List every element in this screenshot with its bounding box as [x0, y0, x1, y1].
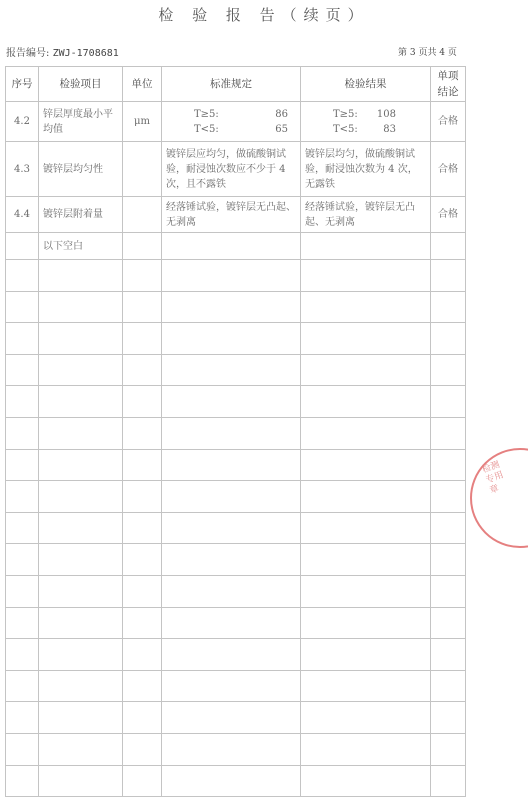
empty-cell [6, 670, 39, 702]
report-number-label: 报告编号: [6, 48, 49, 59]
empty-cell [123, 670, 162, 702]
result-value: 83 [383, 122, 396, 137]
empty-cell [6, 607, 39, 639]
table-row: 4.3 镀锌层均匀性 镀锌层应均匀，做硫酸铜试验，耐浸蚀次数应不少于 4 次，且… [6, 142, 466, 197]
header-conclusion: 单项 结论 [431, 67, 466, 102]
empty-cell [162, 386, 301, 418]
empty-cell [431, 354, 466, 386]
row-result: T≥5:108 T<5:83 [301, 102, 431, 142]
result-cond: T≥5: [333, 107, 358, 122]
empty-cell [162, 544, 301, 576]
empty-cell [123, 386, 162, 418]
row-conclusion: 合格 [431, 142, 466, 197]
empty-cell [431, 733, 466, 765]
empty-cell [39, 607, 123, 639]
empty-cell [301, 233, 431, 260]
row-no: 4.3 [6, 142, 39, 197]
empty-cell [431, 765, 466, 797]
empty-cell [431, 481, 466, 513]
row-no: 4.2 [6, 102, 39, 142]
empty-cell [431, 291, 466, 323]
empty-cell [162, 512, 301, 544]
empty-cell [162, 417, 301, 449]
empty-row [6, 670, 466, 702]
empty-cell [301, 449, 431, 481]
empty-cell [301, 481, 431, 513]
empty-cell [39, 544, 123, 576]
row-spec: 经落锤试验，镀锌层无凸起、无剥离 [162, 197, 301, 233]
empty-cell [162, 639, 301, 671]
empty-cell [123, 233, 162, 260]
report-number: 报告编号: ZWJ-1708681 [6, 44, 119, 59]
empty-cell [123, 607, 162, 639]
report-number-value: ZWJ-1708681 [53, 48, 119, 59]
empty-cell [162, 449, 301, 481]
empty-cell [301, 512, 431, 544]
empty-cell [123, 449, 162, 481]
empty-cell [301, 607, 431, 639]
empty-cell [6, 639, 39, 671]
empty-cell [162, 260, 301, 292]
header-conclusion-line1: 单项 [435, 68, 461, 84]
empty-cell [431, 575, 466, 607]
empty-cell [431, 260, 466, 292]
page-info: 第 3 页共 4 页 [398, 45, 457, 58]
empty-row [6, 260, 466, 292]
table-row: 4.2 锌层厚度最小平均值 μm T≥5:86 T<5:65 T≥5:108 T… [6, 102, 466, 142]
empty-cell [6, 386, 39, 418]
document-title: 检 验 报 告（续页） [0, 4, 528, 25]
empty-cell [301, 733, 431, 765]
spec-value: 65 [275, 122, 288, 137]
header-item: 检验项目 [39, 67, 123, 102]
empty-row [6, 417, 466, 449]
empty-cell [39, 575, 123, 607]
empty-cell [162, 765, 301, 797]
empty-row [6, 449, 466, 481]
header-no: 序号 [6, 67, 39, 102]
empty-cell [39, 354, 123, 386]
empty-cell [162, 291, 301, 323]
empty-cell [301, 765, 431, 797]
empty-cell [123, 544, 162, 576]
table-row: 4.4 镀锌层附着量 经落锤试验，镀锌层无凸起、无剥离 经落锤试验，镀锌层无凸起… [6, 197, 466, 233]
spec-cond: T<5: [194, 122, 219, 137]
spec-value: 86 [275, 107, 288, 122]
empty-cell [123, 702, 162, 734]
row-unit: μm [123, 102, 162, 142]
empty-row [6, 765, 466, 797]
empty-cell [6, 544, 39, 576]
header-conclusion-line2: 结论 [435, 84, 461, 100]
empty-cell [162, 481, 301, 513]
row-spec: 镀锌层应均匀，做硫酸铜试验，耐浸蚀次数应不少于 4 次，且不露铁 [162, 142, 301, 197]
row-conclusion: 合格 [431, 197, 466, 233]
empty-cell [6, 417, 39, 449]
empty-row [6, 291, 466, 323]
end-note-row: 以下空白 [6, 233, 466, 260]
end-note: 以下空白 [39, 233, 123, 260]
empty-cell [39, 481, 123, 513]
empty-cell [123, 733, 162, 765]
header-result: 检验结果 [301, 67, 431, 102]
empty-cell [431, 512, 466, 544]
empty-row [6, 544, 466, 576]
empty-row [6, 733, 466, 765]
row-item: 镀锌层附着量 [39, 197, 123, 233]
row-spec: T≥5:86 T<5:65 [162, 102, 301, 142]
empty-cell [39, 291, 123, 323]
empty-cell [39, 260, 123, 292]
empty-cell [39, 670, 123, 702]
empty-cell [301, 417, 431, 449]
empty-cell [6, 233, 39, 260]
empty-cell [431, 670, 466, 702]
empty-cell [431, 702, 466, 734]
empty-cell [431, 544, 466, 576]
empty-cell [162, 607, 301, 639]
empty-row [6, 575, 466, 607]
empty-cell [431, 323, 466, 355]
empty-cell [431, 639, 466, 671]
spec-cond: T≥5: [194, 107, 219, 122]
empty-cell [39, 323, 123, 355]
empty-cell [6, 702, 39, 734]
empty-cell [301, 575, 431, 607]
empty-cell [6, 481, 39, 513]
empty-cell [162, 354, 301, 386]
empty-cell [6, 291, 39, 323]
empty-cell [431, 449, 466, 481]
empty-cell [39, 449, 123, 481]
empty-cell [123, 481, 162, 513]
empty-cell [123, 512, 162, 544]
empty-cell [301, 386, 431, 418]
empty-cell [6, 354, 39, 386]
empty-row [6, 323, 466, 355]
empty-cell [301, 260, 431, 292]
result-cond: T<5: [333, 122, 358, 137]
empty-cell [123, 323, 162, 355]
empty-row [6, 512, 466, 544]
empty-cell [123, 639, 162, 671]
empty-cell [431, 233, 466, 260]
empty-cell [6, 765, 39, 797]
empty-cell [6, 733, 39, 765]
empty-cell [301, 354, 431, 386]
empty-cell [162, 670, 301, 702]
empty-row [6, 702, 466, 734]
empty-cell [123, 260, 162, 292]
empty-cell [431, 386, 466, 418]
row-unit [123, 197, 162, 233]
empty-cell [301, 291, 431, 323]
empty-cell [39, 702, 123, 734]
empty-cell [162, 575, 301, 607]
empty-cell [123, 354, 162, 386]
empty-cell [301, 670, 431, 702]
empty-cell [301, 702, 431, 734]
empty-cell [162, 733, 301, 765]
row-result: 镀锌层均匀，做硫酸铜试验，耐浸蚀次数为 4 次，无露铁 [301, 142, 431, 197]
empty-row [6, 639, 466, 671]
empty-cell [301, 544, 431, 576]
empty-cell [6, 575, 39, 607]
empty-cell [123, 291, 162, 323]
inspection-table: 序号 检验项目 单位 标准规定 检验结果 单项 结论 4.2 锌层厚度最小平均值… [5, 66, 466, 797]
row-item: 镀锌层均匀性 [39, 142, 123, 197]
row-conclusion: 合格 [431, 102, 466, 142]
row-unit [123, 142, 162, 197]
row-result: 经落锤试验，镀锌层无凸起、无剥离 [301, 197, 431, 233]
empty-cell [39, 639, 123, 671]
empty-cell [162, 702, 301, 734]
empty-cell [39, 417, 123, 449]
empty-cell [39, 512, 123, 544]
empty-row [6, 354, 466, 386]
empty-cell [39, 765, 123, 797]
empty-row [6, 481, 466, 513]
empty-cell [6, 449, 39, 481]
empty-cell [123, 765, 162, 797]
row-no: 4.4 [6, 197, 39, 233]
empty-cell [431, 417, 466, 449]
row-item: 锌层厚度最小平均值 [39, 102, 123, 142]
empty-cell [123, 575, 162, 607]
empty-row [6, 386, 466, 418]
table-header-row: 序号 检验项目 单位 标准规定 检验结果 单项 结论 [6, 67, 466, 102]
empty-cell [39, 733, 123, 765]
empty-cell [431, 607, 466, 639]
empty-cell [6, 323, 39, 355]
header-spec: 标准规定 [162, 67, 301, 102]
empty-row [6, 607, 466, 639]
empty-cell [6, 512, 39, 544]
header-unit: 单位 [123, 67, 162, 102]
empty-cell [39, 386, 123, 418]
empty-cell [6, 260, 39, 292]
empty-cell [301, 323, 431, 355]
result-value: 108 [377, 107, 396, 122]
empty-cell [162, 323, 301, 355]
empty-cell [301, 639, 431, 671]
empty-cell [162, 233, 301, 260]
empty-cell [123, 417, 162, 449]
